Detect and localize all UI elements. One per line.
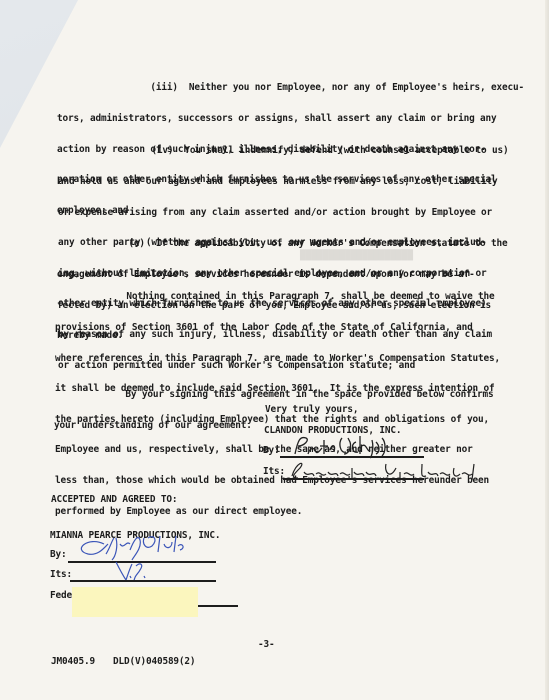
accepted-and-agreed: ACCEPTED AND AGREED TO:	[51, 495, 177, 505]
redaction-box	[72, 587, 198, 617]
page-number: -3-	[258, 640, 274, 650]
text-line: tors, administrators, successors or assi…	[57, 114, 524, 124]
text-line: or expense arising from any claim assert…	[58, 208, 509, 218]
text-line: (e) If the applicability of any Worker's…	[57, 239, 508, 249]
page-edge-shadow	[545, 0, 549, 700]
closing: Very truly yours,	[265, 405, 358, 415]
counterparty-its-label: Its:	[50, 570, 72, 580]
footer-code-1: JM0405.9	[51, 657, 95, 667]
fed-label: Fede	[50, 591, 72, 601]
text-line: Nothing contained in this Paragraph 7. s…	[55, 292, 500, 302]
document-page: ████████████████████ (iii) Neither you n…	[0, 0, 549, 700]
counterparty-its-line	[70, 580, 216, 582]
text-line: where references in this Paragraph 7. ar…	[55, 354, 500, 364]
counterparty-by-label: By:	[50, 550, 66, 560]
signature-title	[286, 458, 486, 488]
text-line: By your signing this agreement in the sp…	[54, 390, 494, 400]
by-label: By:	[263, 446, 279, 456]
footer-code-2: DLD(V)040589(2)	[113, 657, 195, 667]
its-label: Its:	[263, 467, 285, 477]
text-line: (iv) You shall indemnify, defend (with c…	[58, 146, 509, 156]
text-line: provisions of Section 3601 of the Labor …	[55, 323, 500, 333]
text-line: and hold us and our agenst and employees…	[58, 177, 509, 187]
text-line: performed by Employee as our direct empl…	[55, 507, 500, 517]
text-line: (iii) Neither you nor Employee, nor any …	[57, 83, 524, 93]
fed-line	[198, 605, 238, 607]
